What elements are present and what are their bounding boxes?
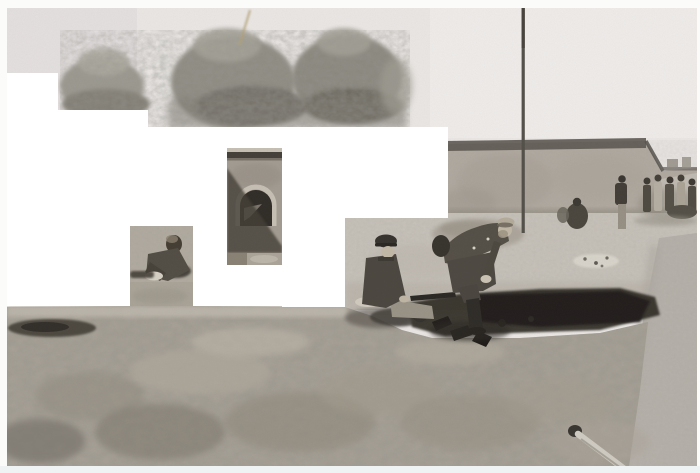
redaction-block (227, 265, 282, 306)
redaction-block (282, 127, 345, 307)
redaction-block (345, 127, 448, 218)
redaction-block (58, 110, 130, 306)
photo-canvas (0, 0, 700, 473)
redaction-block (227, 127, 282, 148)
redaction-block (148, 127, 193, 226)
page-background (0, 0, 700, 473)
redaction-block (193, 127, 227, 306)
redaction-block (7, 73, 58, 306)
redaction-block (130, 110, 148, 226)
photo-bottom-margin (0, 466, 700, 473)
photograph (0, 8, 698, 471)
